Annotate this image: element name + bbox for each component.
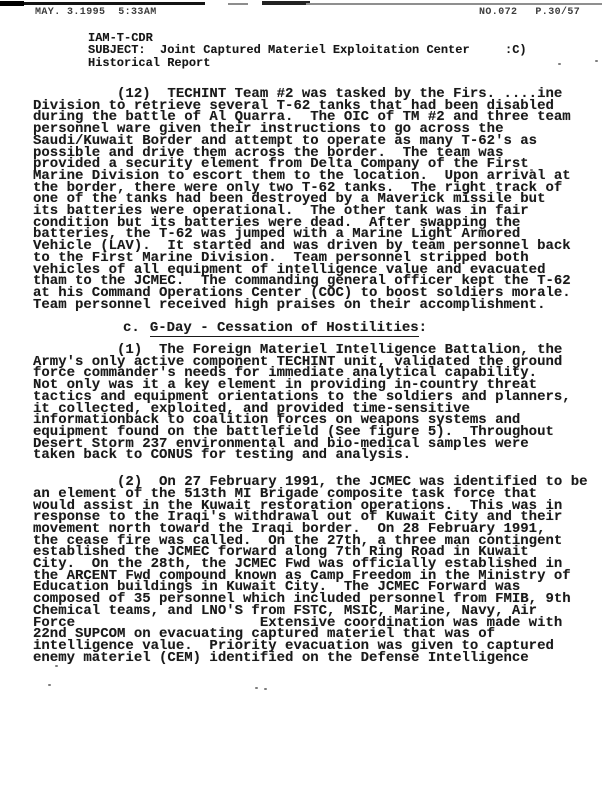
heading-letter: c.	[123, 320, 140, 336]
heading-title: G-Day - Cessation of Hostilities	[150, 320, 419, 337]
subject-line: SUBJECT: Joint Captured Materiel Exploit…	[88, 44, 558, 56]
scan-line-artifact	[228, 3, 248, 5]
fax-page: MAY. 3.1995 5:33AM NO.072P.30/57 IAM-T-C…	[0, 0, 611, 792]
paragraph-12: (12) TECHINT Team #2 was tasked by the F…	[33, 89, 599, 311]
scan-speck	[255, 687, 258, 689]
paragraph-2: (2) On 27 February 1991, the JCMEC was i…	[33, 477, 599, 664]
classification-marking: :C)	[505, 44, 527, 56]
fax-stamp-right: NO.072P.30/57	[479, 7, 580, 18]
letterhead-block: IAM-T-CDR SUBJECT: Joint Captured Materi…	[88, 32, 558, 69]
fax-job-number: NO.072	[479, 7, 517, 18]
scan-line-artifact	[306, 3, 602, 5]
scan-line-artifact	[0, 2, 205, 5]
subject-continuation: Historical Report	[88, 57, 558, 69]
scan-speck	[595, 60, 598, 62]
scan-speck	[48, 684, 51, 686]
scan-speck	[264, 688, 267, 690]
fax-timestamp: MAY. 3.1995 5:33AM	[35, 7, 157, 18]
scan-speck	[558, 63, 561, 65]
scan-line-artifact	[0, 1, 24, 6]
document-body: (12) TECHINT Team #2 was tasked by the F…	[33, 89, 599, 664]
scan-line-artifact	[262, 1, 310, 5]
paragraph-1: (1) The Foreign Materiel Intelligence Ba…	[33, 345, 599, 462]
heading-colon: :	[419, 320, 427, 336]
section-heading: c.G-Day - Cessation of Hostilities:	[33, 323, 599, 335]
fax-page-counter: P.30/57	[535, 7, 580, 18]
